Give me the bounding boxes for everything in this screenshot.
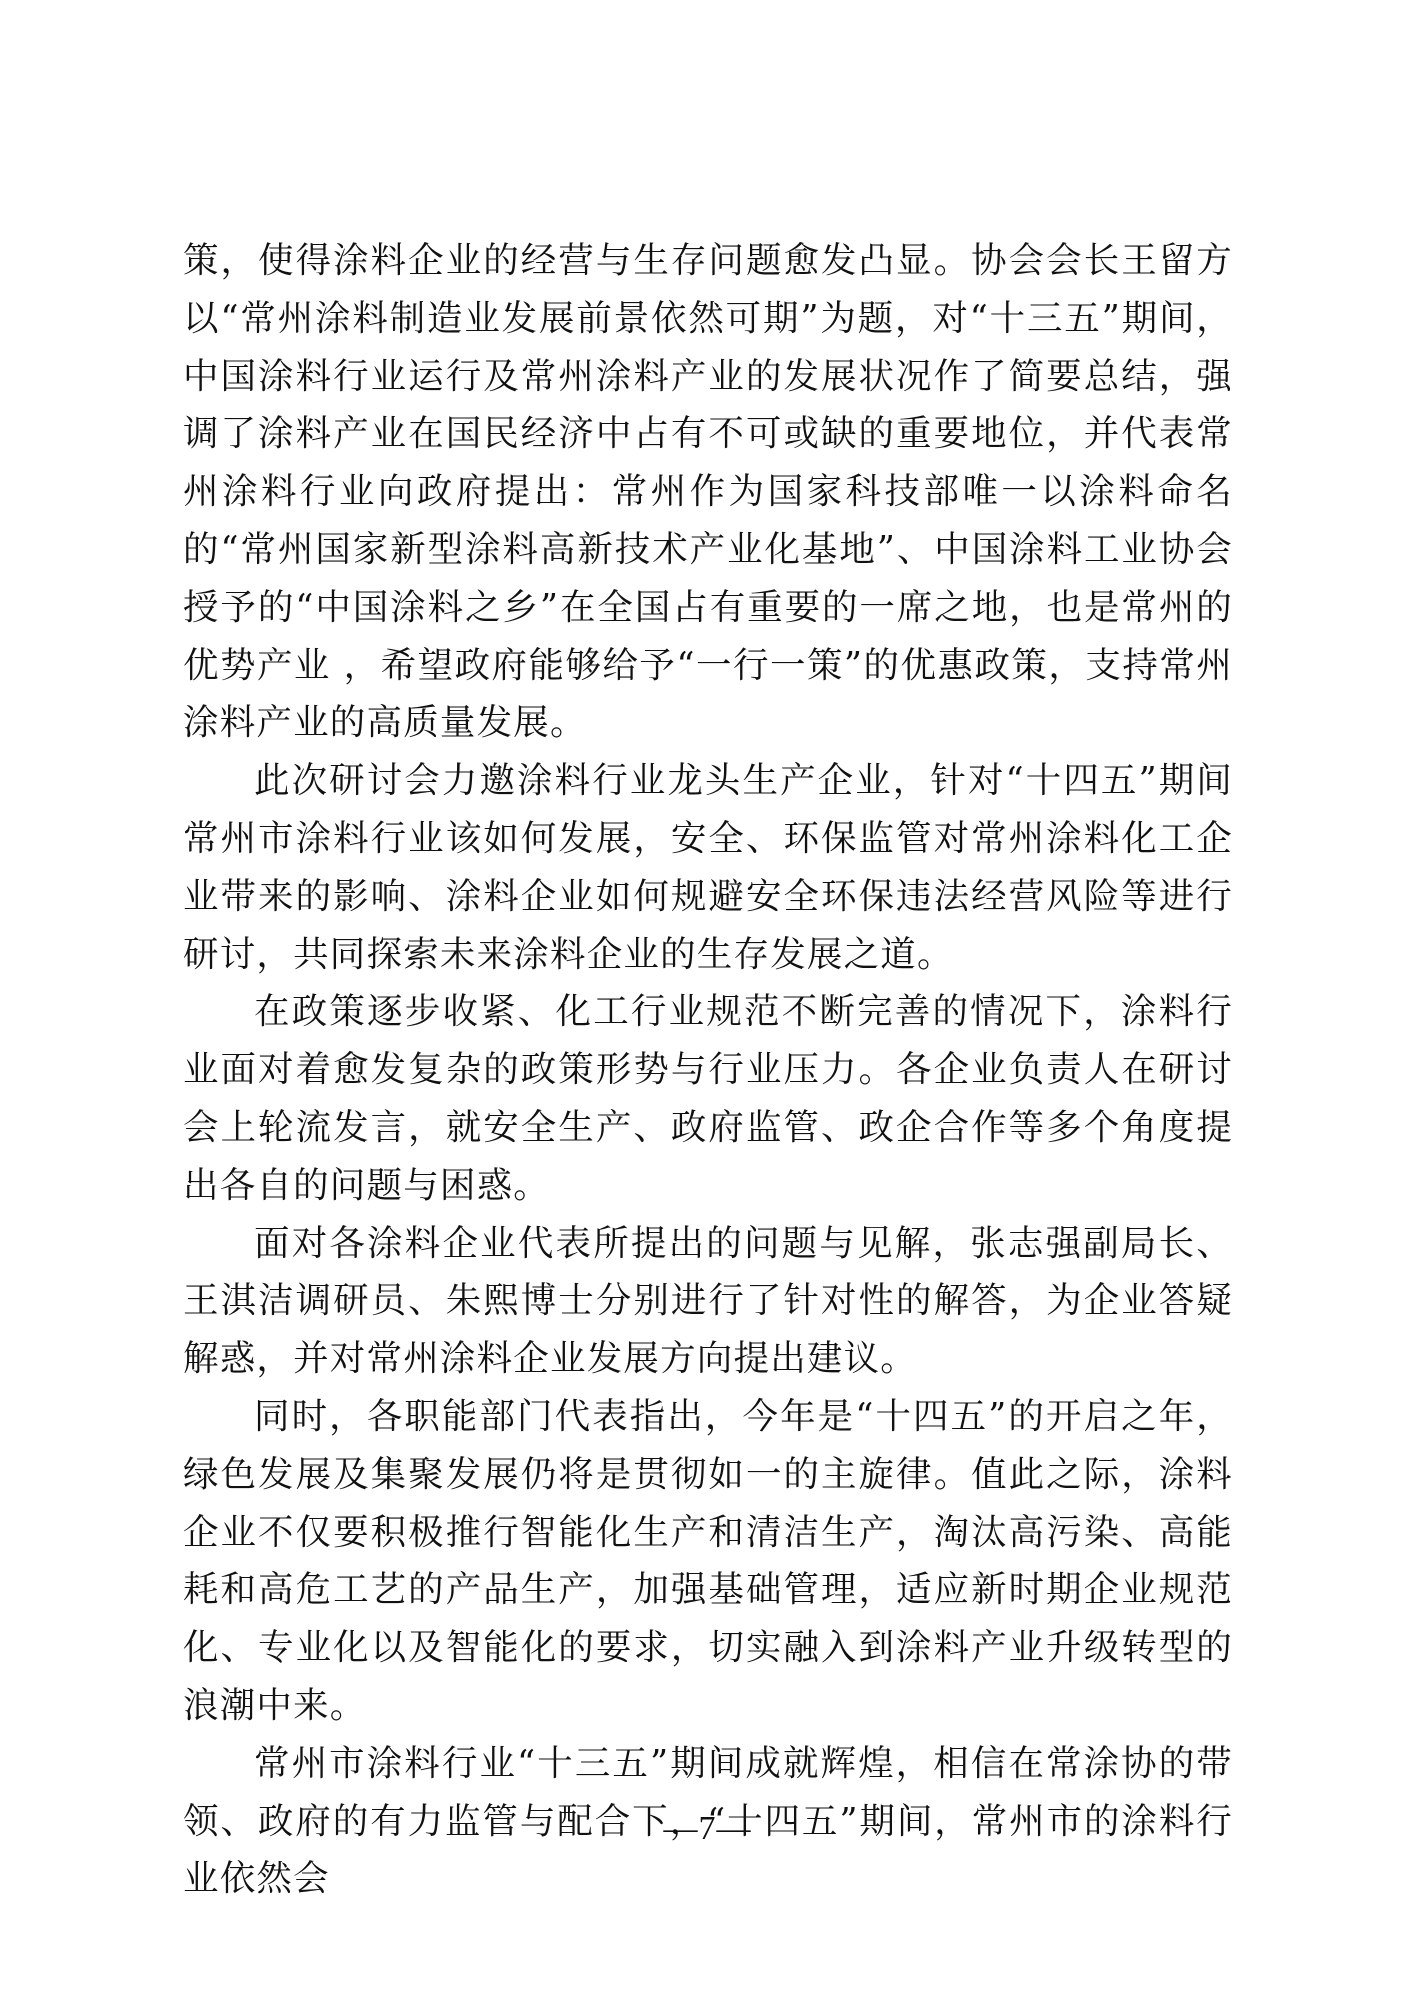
paragraph-2: 此次研讨会力邀涂料行业龙头生产企业，针对“十四五”期间常州市涂料行业该如何发展，…	[183, 752, 1233, 983]
paragraph-4: 面对各涂料企业代表所提出的问题与见解，张志强副局长、王淇洁调研员、朱熙博士分别进…	[183, 1215, 1233, 1388]
page-number: —7—	[0, 1810, 1415, 1848]
document-body: 策，使得涂料企业的经营与生存问题愈发凸显。协会会长王留方以“常州涂料制造业发展前…	[183, 232, 1233, 1908]
paragraph-5: 同时，各职能部门代表指出，今年是“十四五”的开启之年，绿色发展及集聚发展仍将是贯…	[183, 1388, 1233, 1735]
paragraph-3: 在政策逐步收紧、化工行业规范不断完善的情况下，涂料行业面对着愈发复杂的政策形势与…	[183, 983, 1233, 1214]
paragraph-1: 策，使得涂料企业的经营与生存问题愈发凸显。协会会长王留方以“常州涂料制造业发展前…	[183, 232, 1233, 752]
